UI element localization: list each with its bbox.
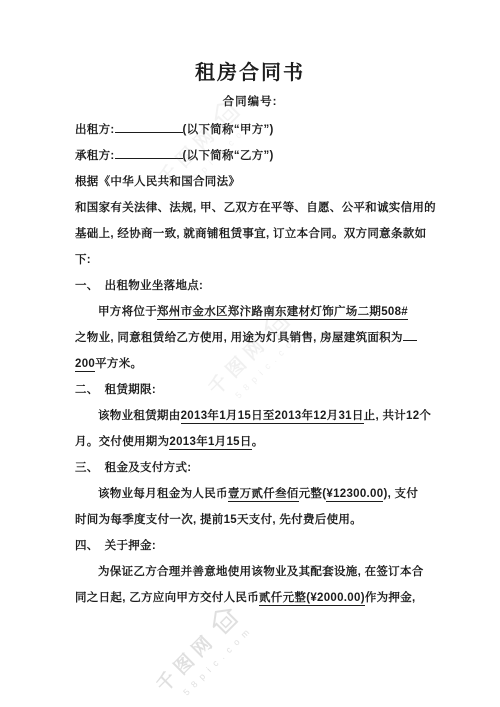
fill-in-blank — [403, 328, 417, 341]
text-segment: 甲方将位于 — [98, 306, 157, 318]
text-segment: 一、 出租物业坐落地点: — [75, 280, 203, 292]
document-line: 为保证乙方合理并善意地使用该物业及其配套设施, 在签订本合 — [75, 559, 430, 585]
document-line: 200平方米。 — [75, 351, 430, 377]
document-line: 和国家有关法律、法规, 甲、乙双方在平等、自愿、公平和诚实信用的 — [75, 195, 430, 221]
text-segment: 承租方: — [75, 150, 115, 162]
document-line: 该物业租赁期由2013年1月15日至2013年12月31日止, 共计12个 — [75, 403, 430, 429]
text-segment: 出租方: — [75, 124, 115, 136]
text-segment: 该物业租赁期由 — [98, 410, 181, 422]
text-segment: 三、 租金及支付方式: — [75, 462, 191, 474]
document-line: 该物业每月租金为人民币壹万贰仟叁佰元整(¥12300.00), 支付 — [75, 481, 430, 507]
text-segment: 止, 共计12个 — [364, 410, 432, 422]
document-line: 甲方将位于郑州市金水区郑汴路南东建材灯饰广场二期508# — [75, 299, 430, 325]
text-segment: 之物业, 同意租赁给乙方使用, 用途为灯具销售, 房屋建筑面积为 — [75, 332, 403, 344]
section-1-heading: 一、 出租物业坐落地点: — [75, 273, 430, 299]
text-segment: 时间为每季度支付一次, 提前15天支付, 先付费后使用。 — [75, 514, 362, 526]
text-segment: (¥2000.00) — [306, 592, 365, 606]
watermark-brand-text: 千图网 — [149, 625, 221, 697]
text-segment: 下: — [75, 254, 91, 266]
text-segment: 四、 关于押金: — [75, 540, 156, 552]
document-title: 租房合同书 — [0, 56, 500, 85]
document-body: 出租方:(以下简称“甲方”)承租方:(以下简称“乙方”)根据《中华人民共和国合同… — [75, 117, 430, 611]
text-segment: 平方米。 — [95, 358, 142, 370]
text-segment: ¥12300.00 — [326, 488, 383, 502]
section-2-heading: 二、 租赁期限: — [75, 377, 430, 403]
fill-in-blank — [115, 146, 183, 159]
contract-document-page: 租房合同书 合同编号: 出租方:(以下简称“甲方”)承租方:(以下简称“乙方”)… — [0, 0, 500, 707]
text-segment: 郑州市金水区郑汴路南东建材灯饰广场二期508# — [157, 306, 408, 320]
section-4-heading: 四、 关于押金: — [75, 533, 430, 559]
text-segment: 二、 租赁期限: — [75, 384, 156, 396]
watermark-domain-text: 58pic.com — [181, 601, 277, 697]
document-line: 之物业, 同意租赁给乙方使用, 用途为灯具销售, 房屋建筑面积为 — [75, 325, 430, 351]
text-segment: 月。交付使用期为 — [75, 436, 169, 448]
section-3-heading: 三、 租金及支付方式: — [75, 455, 430, 481]
lessor-line: 出租方:(以下简称“甲方”) — [75, 117, 430, 143]
text-segment: 元整 — [299, 488, 323, 500]
text-segment: 2013年1月15日 — [169, 436, 251, 450]
document-line: 下: — [75, 247, 430, 273]
text-segment: ), 支付 — [383, 488, 418, 500]
text-segment: 该物业每月租金为人民币 — [98, 488, 228, 500]
document-line: 同之日起, 乙方应向甲方交付人民币贰仟元整(¥2000.00)作为押金, — [75, 585, 430, 611]
text-segment: 根据《中华人民共和国合同法》 — [75, 176, 240, 188]
text-segment: 作为押金, — [365, 592, 416, 604]
text-segment: 和国家有关法律、法规, 甲、乙双方在平等、自愿、公平和诚实信用的 — [75, 202, 436, 214]
document-line: 根据《中华人民共和国合同法》 — [75, 169, 430, 195]
text-segment: 基础上, 经协商一致, 就商铺租赁事宜, 订立本合同。双方同意条款如 — [75, 228, 426, 240]
document-line: 月。交付使用期为2013年1月15日。 — [75, 429, 430, 455]
text-segment: 200 — [75, 358, 95, 372]
text-segment: 贰仟元整 — [259, 592, 306, 606]
text-segment: 2013年1月15日至2013年12月31日 — [181, 410, 364, 424]
lessee-line: 承租方:(以下简称“乙方”) — [75, 143, 430, 169]
text-segment: 为保证乙方合理并善意地使用该物业及其配套设施, 在签订本合 — [98, 566, 424, 578]
text-segment: 同之日起, 乙方应向甲方交付人民币 — [75, 592, 259, 604]
document-line: 时间为每季度支付一次, 提前15天支付, 先付费后使用。 — [75, 507, 430, 533]
text-segment: 壹万贰仟叁佰 — [228, 488, 299, 502]
fill-in-blank — [115, 120, 183, 133]
contract-number-label: 合同编号: — [0, 93, 500, 109]
text-segment: (以下简称“乙方”) — [183, 150, 274, 162]
document-line: 基础上, 经协商一致, 就商铺租赁事宜, 订立本合同。双方同意条款如 — [75, 221, 430, 247]
text-segment: 。 — [252, 436, 264, 448]
text-segment: (以下简称“甲方”) — [183, 124, 274, 136]
